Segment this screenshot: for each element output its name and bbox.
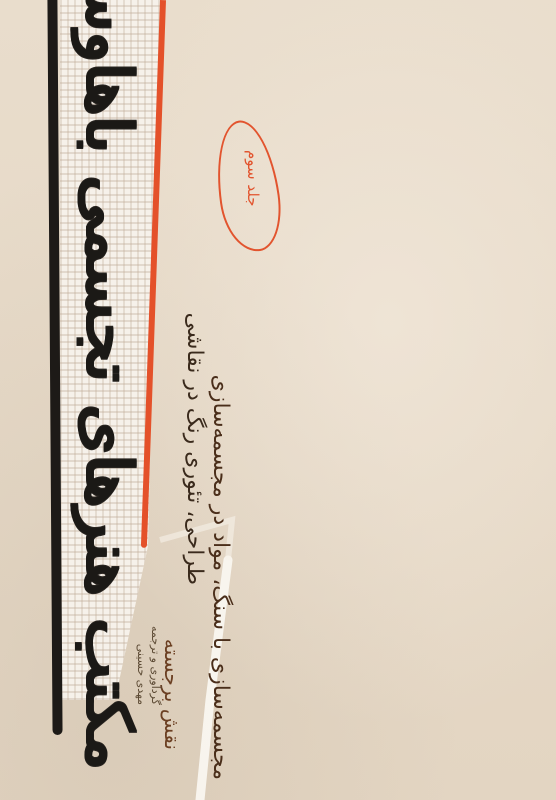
author-name: مهدی حسینی: [134, 595, 148, 705]
subtitle-line-2: مجسمه‌سازی با سنگ، مواد در مجسمه‌سازی: [206, 225, 234, 780]
author-role: گردآوری و ترجمه: [148, 595, 162, 705]
subtitle-line-3: نقش برجسته: [158, 380, 186, 750]
author-credit: گردآوری و ترجمه مهدی حسینی: [134, 595, 162, 705]
volume-stamp-text: جلد سوم: [244, 150, 262, 206]
